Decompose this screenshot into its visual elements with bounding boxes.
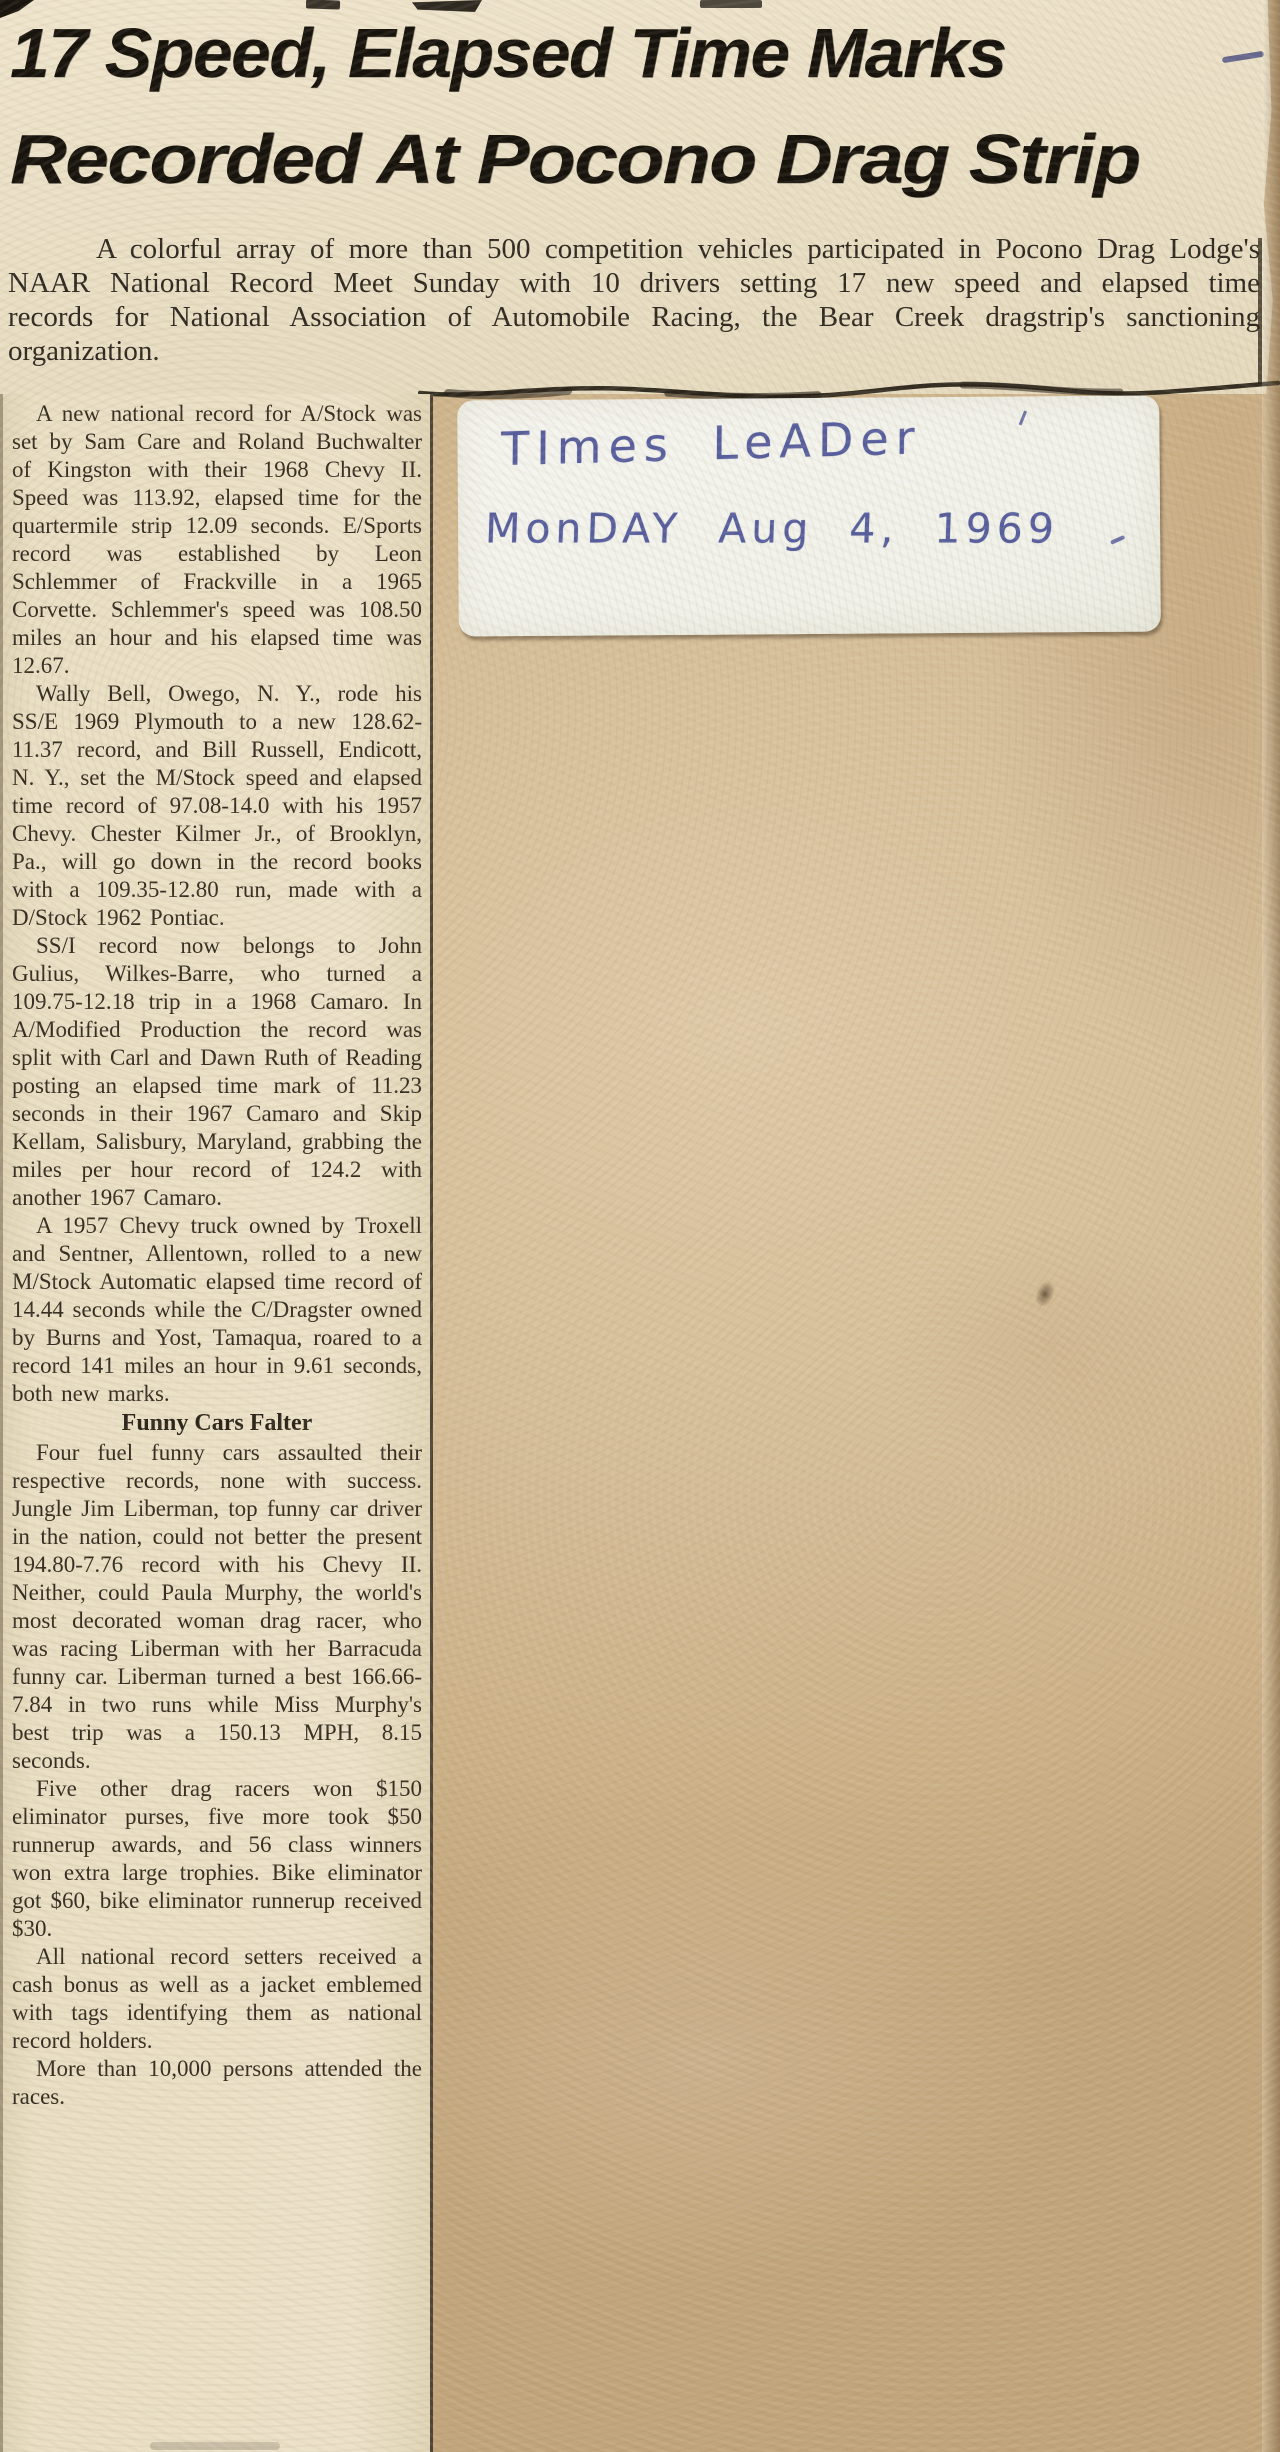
paragraph-4: A 1957 Chevy truck owned by Troxell and … — [12, 1212, 422, 1408]
pen-comma-mark — [1110, 535, 1125, 545]
paragraph-3: SS/I record now belongs to John Gulius, … — [12, 932, 422, 1212]
paragraph-1: A new national record for A/Stock was se… — [12, 400, 422, 680]
date-label: TImes LeADer MonDAY Aug 4, 1969 — [457, 396, 1161, 637]
headline-line-2: Recorded At Pocono Drag Strip — [10, 124, 1140, 194]
page-edge-shadow — [1262, 0, 1280, 2452]
cut-text-fragment — [306, 0, 340, 10]
handwritten-date: MonDAY Aug 4, 1969 — [484, 504, 1060, 552]
article-column: A new national record for A/Stock was se… — [0, 394, 433, 2452]
paper-smudge — [150, 2442, 280, 2450]
pen-tick-mark — [1019, 410, 1027, 425]
paper-stain — [1031, 1278, 1058, 1311]
lede-paragraph: A colorful array of more than 500 compet… — [8, 232, 1260, 368]
paragraph-6: Five other drag racers won $150 eliminat… — [12, 1775, 422, 1943]
paragraph-5: Four fuel funny cars assaulted their res… — [12, 1439, 422, 1775]
paragraph-7: All national record setters received a c… — [12, 1943, 422, 2055]
newspaper-clipping-header: 17 Speed, Elapsed Time Marks Recorded At… — [0, 0, 1274, 394]
subhead-funny-cars-falter: Funny Cars Falter — [12, 1409, 422, 1438]
cut-text-fragment — [700, 0, 762, 8]
scrapbook-page: 17 Speed, Elapsed Time Marks Recorded At… — [0, 0, 1280, 2452]
paragraph-2: Wally Bell, Owego, N. Y., rode his SS/E … — [12, 680, 422, 932]
paragraph-8: More than 10,000 persons attended the ra… — [12, 2055, 422, 2111]
handwritten-publication-name: TImes LeADer — [501, 410, 922, 476]
headline-line-1: 17 Speed, Elapsed Time Marks — [10, 18, 1006, 88]
